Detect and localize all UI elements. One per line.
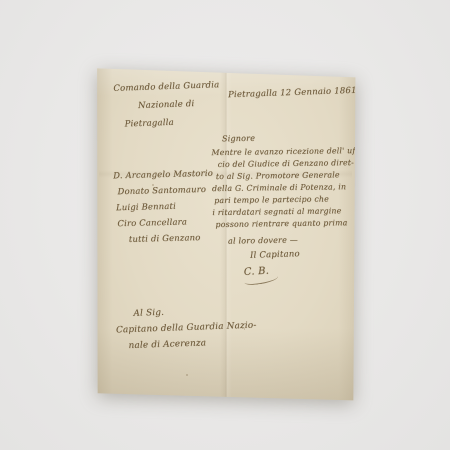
vertical-fold-crease bbox=[220, 66, 232, 402]
body-line: possono rientrare quanto prima bbox=[215, 217, 365, 231]
body-line: della G. Criminale di Potenza, in bbox=[212, 181, 365, 195]
photo-background: Comando della Guardia Nazionale di Pietr… bbox=[0, 0, 450, 450]
letter-paper: Comando della Guardia Nazionale di Pietr… bbox=[94, 66, 357, 402]
salutation: Signore bbox=[222, 134, 255, 144]
dateline: Pietragalla 12 Gennaio 1861 bbox=[228, 86, 357, 100]
margin-name: Donato Santomauro bbox=[117, 181, 213, 200]
letter-body: Mentre le avanzo ricezione dell' uffi- c… bbox=[211, 145, 365, 231]
foxing-speck bbox=[186, 374, 188, 376]
address-block: Al Sig. Capitano della Guardia Nazio- na… bbox=[115, 302, 257, 355]
signature: C. B. bbox=[244, 265, 279, 285]
letterhead-line: Comando della Guardia bbox=[113, 76, 220, 98]
letter-paper-wrap: Comando della Guardia Nazionale di Pietr… bbox=[94, 66, 357, 402]
body-line: cio del Giudice di Genzano diret- bbox=[218, 157, 365, 171]
address-line: nale di Acerenza bbox=[128, 334, 257, 354]
closing-line: al loro dovere — bbox=[228, 235, 298, 245]
margin-name-list: D. Arcangelo Mastorio Donato Santomauro … bbox=[113, 165, 215, 248]
letterhead: Comando della Guardia Nazionale di Pietr… bbox=[113, 76, 221, 134]
closing-title: Il Capitano bbox=[250, 249, 300, 261]
margin-name: tutti di Genzano bbox=[129, 229, 215, 247]
letterhead-line: Pietragalla bbox=[124, 112, 221, 133]
